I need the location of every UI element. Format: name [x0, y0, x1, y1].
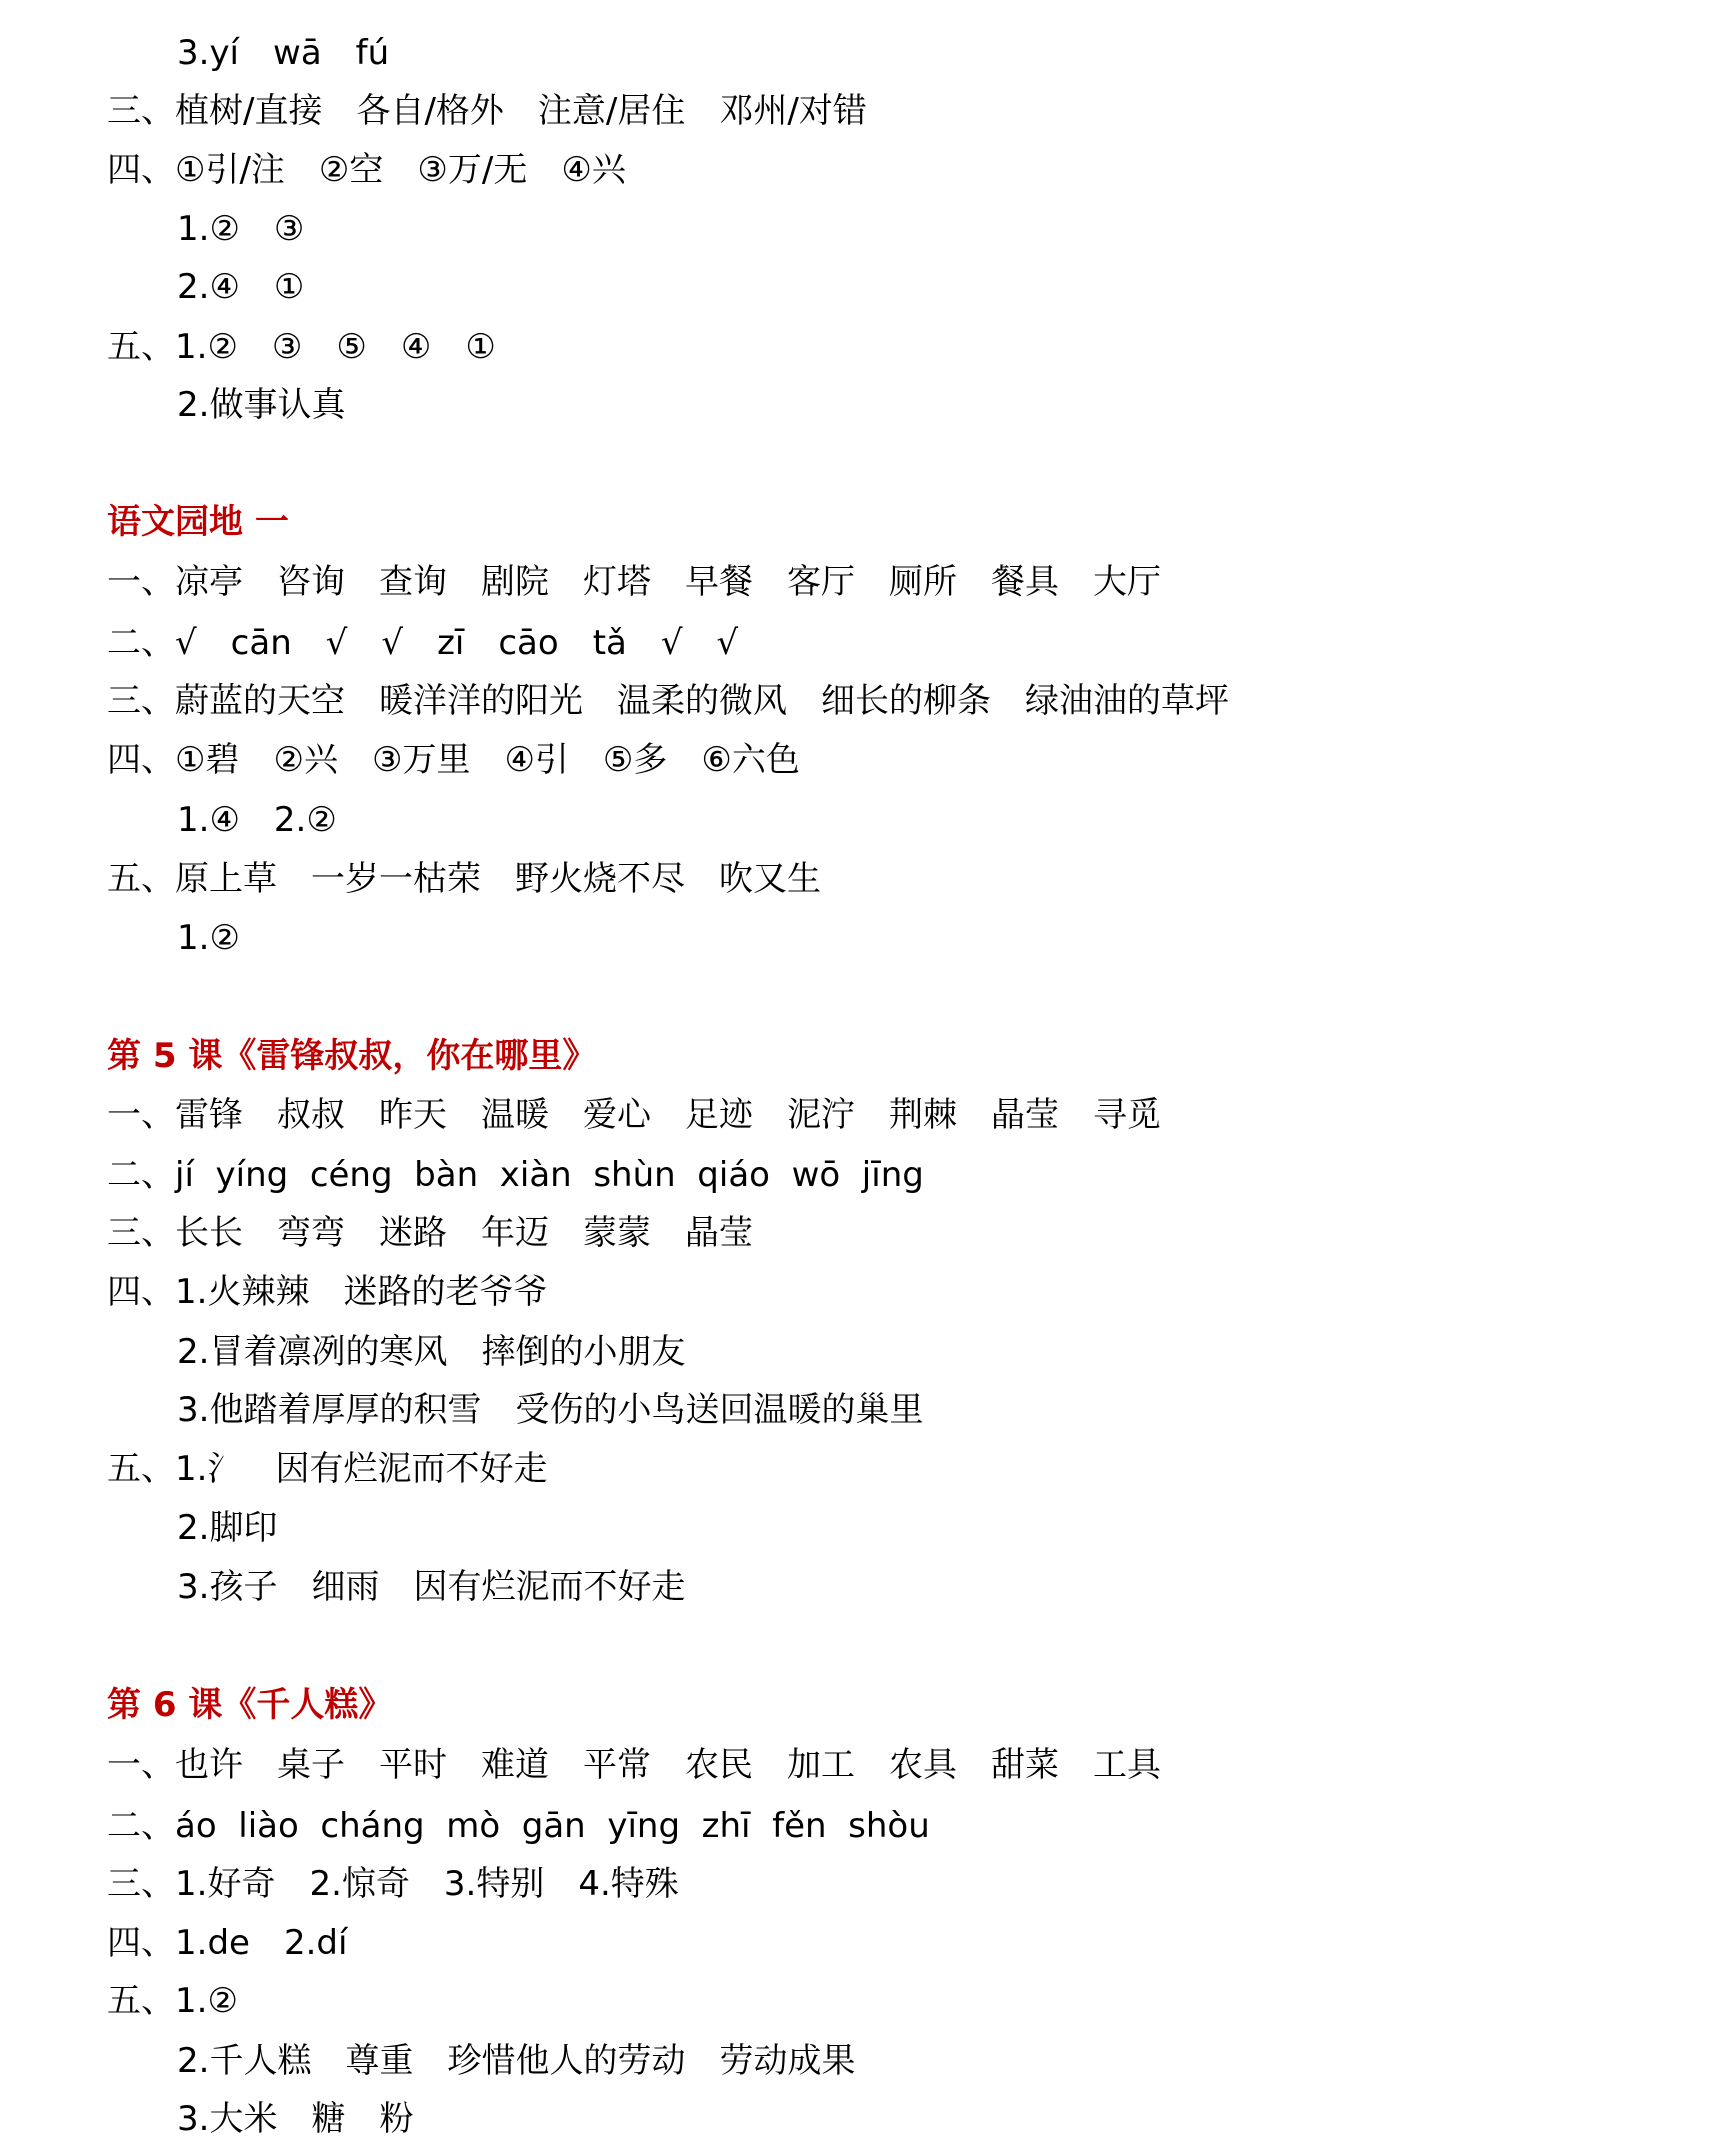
answer-key-page: 3.yí wā fú 三、植树/直接 各自/格外 注意/居住 邓州/对错 四、①… [0, 0, 1714, 2152]
answer-line: 3.他踏着厚厚的积雪 受伤的小鸟送回温暖的巢里 [177, 1388, 923, 1432]
answer-line: 四、1.de 2.dí [107, 1921, 347, 1965]
answer-line: 2.脚印 [177, 1506, 277, 1550]
section-heading: 第 5 课《雷锋叔叔，你在哪里》 [107, 1034, 596, 1078]
answer-line: 三、长长 弯弯 迷路 年迈 蒙蒙 晶莹 [107, 1211, 753, 1255]
answer-line: 四、①碧 ②兴 ③万里 ④引 ⑤多 ⑥六色 [107, 738, 800, 782]
answer-line: 2.千人糕 尊重 珍惜他人的劳动 劳动成果 [177, 2039, 855, 2083]
answer-line: 2.做事认真 [177, 383, 345, 427]
answer-line: 三、1.好奇 2.惊奇 3.特别 4.特殊 [107, 1862, 679, 1906]
answer-line: 3.孩子 细雨 因有烂泥而不好走 [177, 1565, 685, 1609]
answer-line: 四、1.火辣辣 迷路的老爷爷 [107, 1270, 547, 1314]
answer-line: 1.④ 2.② [177, 798, 337, 842]
answer-line: 二、áo liào cháng mò gān yīng zhī fěn shòu [107, 1804, 930, 1848]
answer-line: 四、①引/注 ②空 ③万/无 ④兴 [107, 148, 626, 192]
answer-line: 1.② [177, 916, 240, 960]
answer-line: 五、1.氵 因有烂泥而不好走 [107, 1447, 547, 1491]
answer-line: 五、1.② [107, 1979, 238, 2023]
answer-line: 一、雷锋 叔叔 昨天 温暖 爱心 足迹 泥泞 荆棘 晶莹 寻觅 [107, 1093, 1161, 1137]
answer-line: 三、植树/直接 各自/格外 注意/居住 邓州/对错 [107, 89, 867, 133]
answer-line: 2.冒着凛冽的寒风 摔倒的小朋友 [177, 1330, 685, 1374]
answer-line: 1.② ③ [177, 207, 304, 251]
answer-line: 一、也许 桌子 平时 难道 平常 农民 加工 农具 甜菜 工具 [107, 1743, 1161, 1787]
answer-line: 二、√ cān √ √ zī cāo tǎ √ √ [107, 621, 738, 665]
answer-line: 3.yí wā fú [177, 31, 389, 75]
answer-line: 一、凉亭 咨询 查询 剧院 灯塔 早餐 客厅 厕所 餐具 大厅 [107, 560, 1161, 604]
answer-line: 五、1.② ③ ⑤ ④ ① [107, 325, 496, 369]
section-heading: 语文园地 一 [107, 500, 289, 544]
section-heading: 第 6 课《千人糕》 [107, 1683, 392, 1727]
answer-line: 2.④ ① [177, 265, 304, 309]
answer-line: 三、蔚蓝的天空 暖洋洋的阳光 温柔的微风 细长的柳条 绿油油的草坪 [107, 679, 1229, 723]
answer-line: 二、jí yíng céng bàn xiàn shùn qiáo wō jīn… [107, 1153, 924, 1197]
answer-line: 五、原上草 一岁一枯荣 野火烧不尽 吹又生 [107, 857, 821, 901]
answer-line: 3.大米 糖 粉 [177, 2097, 413, 2141]
